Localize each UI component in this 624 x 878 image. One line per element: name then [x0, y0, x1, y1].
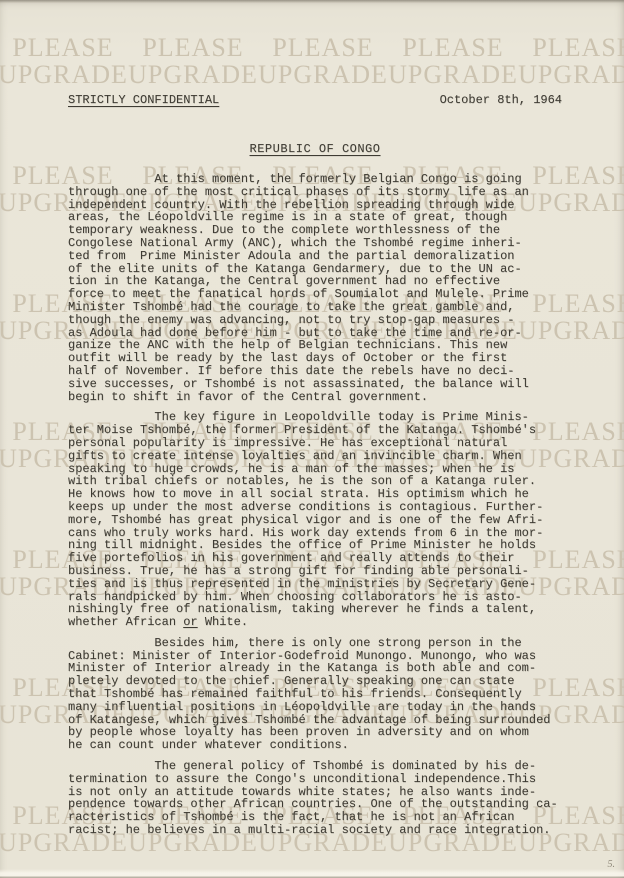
document-header: STRICTLY CONFIDENTIAL October 8th, 1964 [68, 94, 562, 107]
document-content: STRICTLY CONFIDENTIAL October 8th, 1964 … [68, 94, 562, 837]
title-row: REPUBLIC OF CONGO [68, 143, 562, 156]
confidential-stamp: STRICTLY CONFIDENTIAL [68, 94, 219, 107]
paragraph: The general policy of Tshombé is dominat… [68, 760, 562, 837]
watermark-word: PLEASE [388, 34, 518, 61]
document-date: October 8th, 1964 [440, 94, 562, 107]
watermark-word: PLEASE [518, 34, 624, 61]
watermark-word: UPGRADE [388, 61, 518, 88]
document-body: At this moment, the formerly Belgian Con… [68, 173, 562, 837]
watermark-word: PLEASE [128, 34, 258, 61]
paragraph: Besides him, there is only one strong pe… [68, 637, 562, 752]
watermark-block: PLEASEPLEASEPLEASEPLEASEPLEASEUPGRADEUPG… [0, 34, 624, 88]
watermark-word: UPGRADE [0, 61, 128, 88]
watermark-word: UPGRADE [128, 61, 258, 88]
paragraph: At this moment, the formerly Belgian Con… [68, 173, 562, 403]
watermark-word: PLEASE [258, 34, 388, 61]
watermark-line: UPGRADEUPGRADEUPGRADEUPGRADEUPGRADE [0, 61, 624, 88]
document-title: REPUBLIC OF CONGO [250, 142, 381, 156]
scanned-document-page: PLEASEPLEASEPLEASEPLEASEPLEASEUPGRADEUPG… [0, 0, 624, 878]
watermark-line: PLEASEPLEASEPLEASEPLEASEPLEASE [0, 34, 624, 61]
watermark-word: UPGRADE [258, 61, 388, 88]
watermark-word: PLEASE [0, 34, 128, 61]
watermark-word: UPGRADE [518, 61, 624, 88]
paragraph: The key figure in Leopoldville today is … [68, 411, 562, 629]
page-number: 5. [608, 859, 616, 870]
